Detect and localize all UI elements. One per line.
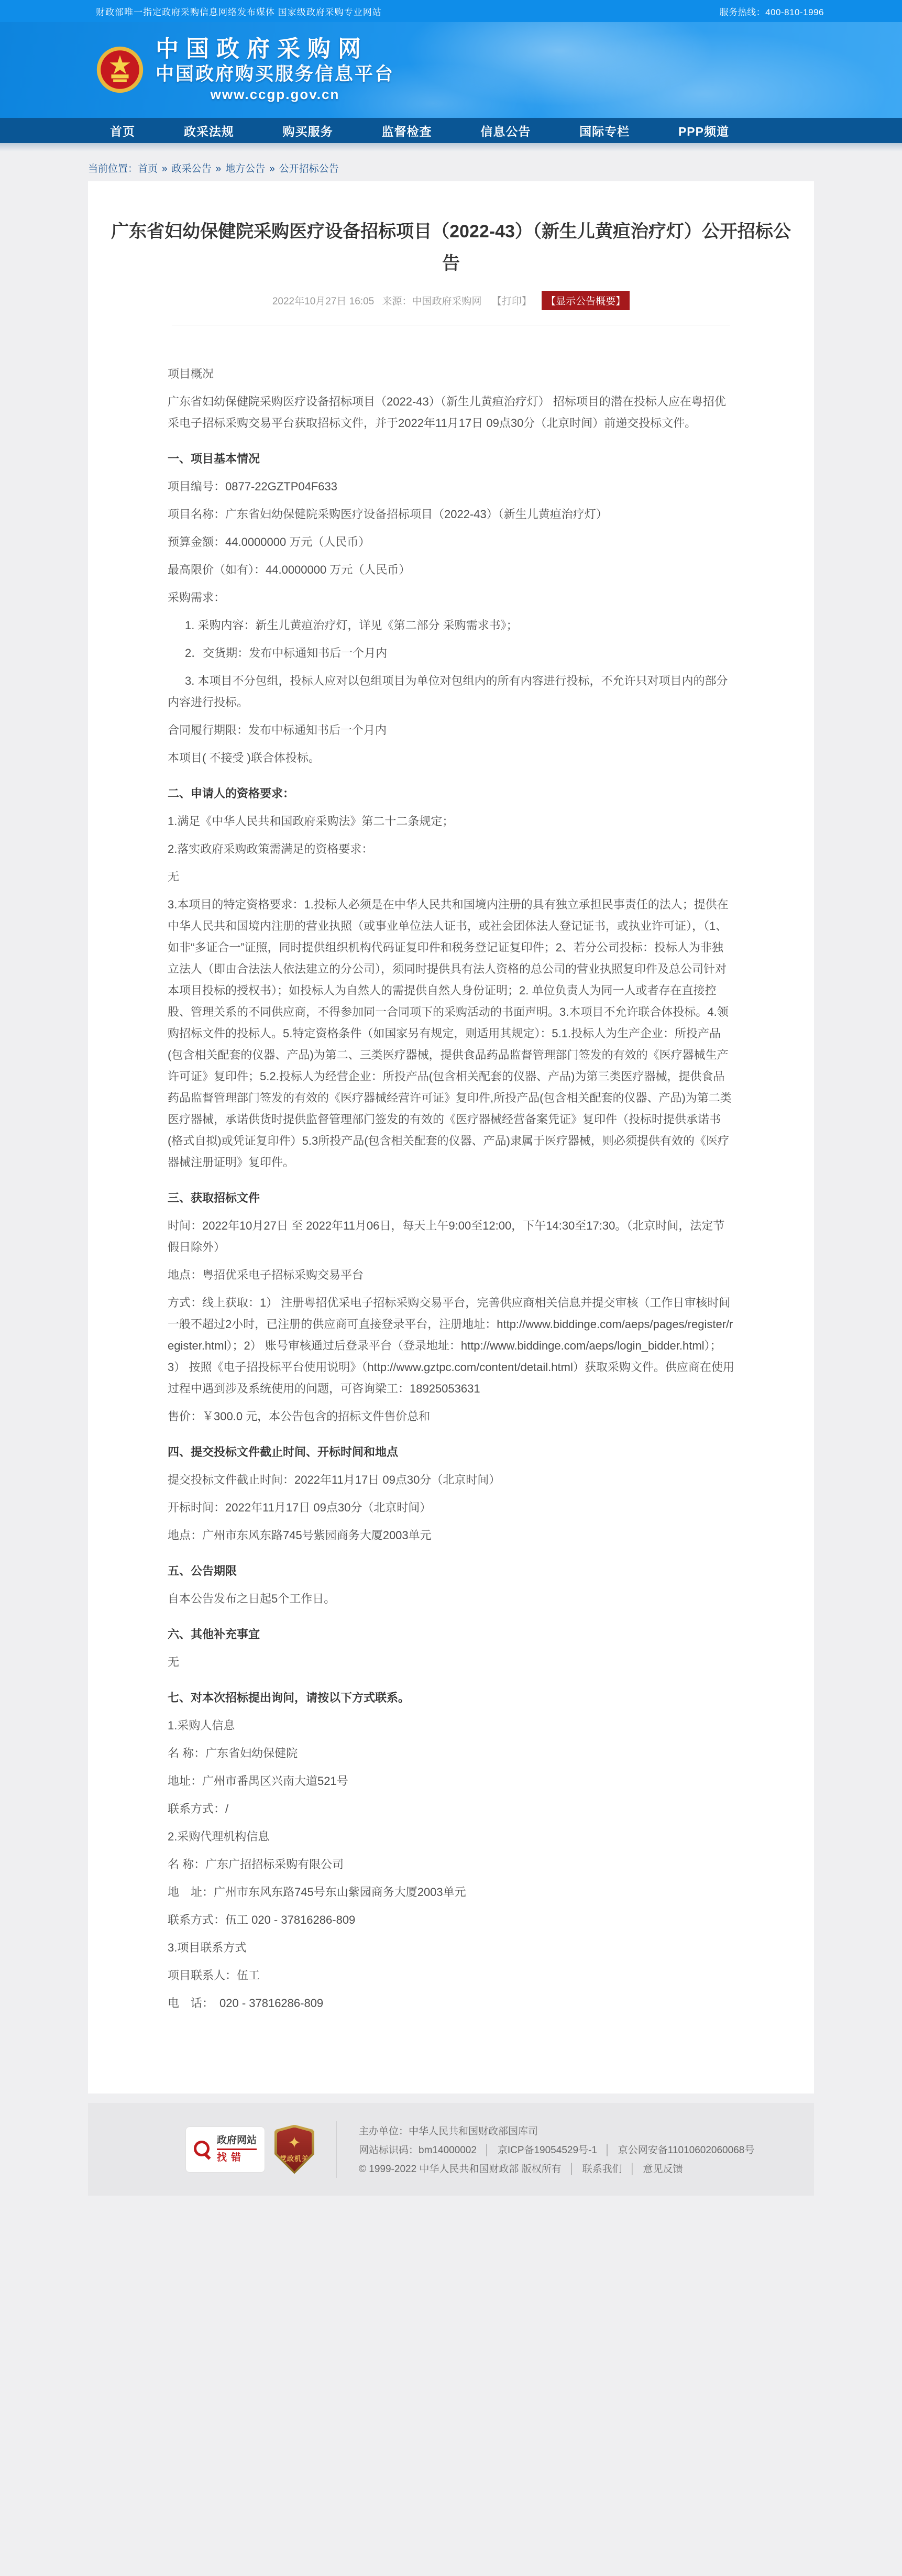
footer-text-item: © 1999-2022 中华人民共和国财政部 版权所有 (359, 2164, 562, 2175)
article-paragraph: 联系方式：/ (168, 1798, 734, 1819)
show-summary-button[interactable]: 【显示公告概要】 (542, 291, 630, 310)
footer-text-item: 网站标识码：bm14000002 (359, 2145, 477, 2156)
article-paragraph: 1. 采购内容：新生儿黄疸治疗灯，详见《第二部分 采购需求书》； (168, 615, 734, 636)
footer-text-item: 京公网安备11010602060068号 (618, 2145, 755, 2156)
article-paragraph: 地 址：广州市东风东路745号东山紫园商务大厦2003单元 (168, 1881, 734, 1903)
section-heading: 二、申请人的资格要求： (168, 783, 734, 804)
article-paragraph: 2.采购代理机构信息 (168, 1826, 734, 1847)
top-utility-bar: 财政部唯一指定政府采购信息网络发布媒体 国家级政府采购专业网站 服务热线：400… (0, 0, 902, 22)
footer-registration-line: 网站标识码：bm14000002│京ICP备19054529号-1│京公网安备1… (359, 2142, 754, 2156)
article-paragraph: 采购需求： (168, 587, 734, 608)
site-banner: 中国政府采购网 中国政府购买服务信息平台 www.ccgp.gov.cn (0, 22, 902, 118)
article-paragraph: 提交投标文件截止时间：2022年11月17日 09点30分（北京时间） (168, 1469, 734, 1490)
breadcrumb-item-2[interactable]: 地方公告 (225, 163, 265, 174)
party-gov-shield-badge[interactable]: ✦ 党政机关 (274, 2125, 314, 2174)
footer-copyright-line: © 1999-2022 中华人民共和国财政部 版权所有│联系我们│意见反馈 (359, 2161, 754, 2175)
article-paragraph: 2.落实政府采购政策需满足的资格要求： (168, 838, 734, 860)
announcement-card: 广东省妇幼保健院采购医疗设备招标项目（2022-43）（新生儿黄疸治疗灯）公开招… (88, 181, 814, 2093)
breadcrumb-item-3[interactable]: 公开招标公告 (279, 163, 339, 174)
publish-datetime: 2022年10月27日 16:05 (272, 296, 374, 307)
section-heading: 五、公告期限 (168, 1560, 734, 1582)
page-footer: 政府网站 找错 ✦ 党政机关 主办单位：中华人民共和国财政部国库司 网站标识码：… (88, 2103, 814, 2196)
article-paragraph: 名 称：广东省妇幼保健院 (168, 1742, 734, 1764)
article-paragraph: 名 称：广东广招招标采购有限公司 (168, 1854, 734, 1875)
footer-separator: │ (604, 2145, 611, 2156)
magnifier-icon (194, 2141, 212, 2158)
article-paragraph: 广东省妇幼保健院采购医疗设备招标项目（2022-43）（新生儿黄疸治疗灯） 招标… (168, 391, 734, 434)
article-paragraph: 联系方式：伍工 020 - 37816286-809 (168, 1909, 734, 1931)
nav-item-5[interactable]: 国际专栏 (579, 122, 630, 139)
article-paragraph: 1.采购人信息 (168, 1715, 734, 1736)
article-paragraph: 项目联系人：伍工 (168, 1965, 734, 1986)
breadcrumb-separator: » (216, 163, 222, 174)
nav-item-6[interactable]: PPP频道 (678, 122, 729, 139)
footer-separator: │ (484, 2145, 490, 2156)
nav-item-4[interactable]: 信息公告 (480, 122, 531, 139)
nav-item-1[interactable]: 政采法规 (184, 122, 234, 139)
footer-text-item: 京ICP备19054529号-1 (498, 2145, 597, 2156)
breadcrumb-item-0[interactable]: 首页 (138, 163, 158, 174)
article-meta: 2022年10月27日 16:05 来源：中国政府采购网 【打印】 【显示公告概… (104, 291, 798, 310)
shield-badge-label: 党政机关 (280, 2153, 309, 2163)
article-paragraph: 最高限价（如有）：44.0000000 万元（人民币） (168, 559, 734, 580)
article-paragraph: 时间：2022年10月27日 至 2022年11月06日，每天上午9:00至12… (168, 1215, 734, 1258)
article-paragraph: 本项目( 不接受 )联合体投标。 (168, 747, 734, 769)
article-paragraph: 项目名称：广东省妇幼保健院采购医疗设备招标项目（2022-43）（新生儿黄疸治疗… (168, 503, 734, 525)
nav-item-0[interactable]: 首页 (110, 122, 135, 139)
article-paragraph: 1.满足《中华人民共和国政府采购法》第二十二条规定； (168, 810, 734, 832)
breadcrumb-item-1[interactable]: 政采公告 (172, 163, 212, 174)
article-paragraph: 合同履行期限：发布中标通知书后一个月内 (168, 719, 734, 741)
page-title: 广东省妇幼保健院采购医疗设备招标项目（2022-43）（新生儿黄疸治疗灯）公开招… (104, 216, 798, 279)
footer-divider (336, 2121, 337, 2178)
article-paragraph: 开标时间：2022年11月17日 09点30分（北京时间） (168, 1497, 734, 1518)
article-paragraph: 电 话： 020 - 37816286-809 (168, 1992, 734, 2014)
section-heading: 六、其他补充事宜 (168, 1624, 734, 1645)
error-badge-line2: 找错 (217, 2152, 257, 2165)
nav-item-2[interactable]: 购买服务 (283, 122, 333, 139)
footer-separator: │ (630, 2164, 636, 2175)
site-slogan: 财政部唯一指定政府采购信息网络发布媒体 国家级政府采购专业网站 (96, 5, 382, 18)
section-heading: 七、对本次招标提出询问，请按以下方式联系。 (168, 1687, 734, 1708)
article-paragraph: 地点：广州市东风东路745号紫园商务大厦2003单元 (168, 1525, 734, 1546)
section-heading: 一、项目基本情况 (168, 448, 734, 469)
national-emblem-icon (96, 42, 144, 97)
section-heading: 四、提交投标文件截止时间、开标时间和地点 (168, 1441, 734, 1463)
site-error-report-badge[interactable]: 政府网站 找错 (185, 2126, 265, 2173)
service-hotline: 服务热线：400-810-1996 (720, 5, 824, 18)
article-paragraph: 地点：粤招优采电子招标采购交易平台 (168, 1264, 734, 1286)
article-paragraph: 3.项目联系方式 (168, 1937, 734, 1958)
torch-icon: ✦ (288, 2135, 301, 2151)
article-paragraph: 3. 本项目不分包组，投标人应对以包组项目为单位对包组内的所有内容进行投标，不允… (168, 670, 734, 713)
main-nav: 首页政采法规购买服务监督检查信息公告国际专栏PPP频道 (0, 118, 902, 143)
footer-gap (0, 2093, 902, 2103)
logo-url: www.ccgp.gov.cn (156, 86, 394, 104)
article-paragraph: 无 (168, 1651, 734, 1673)
article-paragraph: 地址：广州市番禺区兴南大道521号 (168, 1770, 734, 1792)
article-body: 项目概况广东省妇幼保健院采购医疗设备招标项目（2022-43）（新生儿黄疸治疗灯… (104, 325, 798, 2014)
article-paragraph: 3.本项目的特定资格要求：1.投标人必须是在中华人民共和国境内注册的具有独立承担… (168, 894, 734, 1173)
article-paragraph: 售价：￥300.0 元，本公告包含的招标文件售价总和 (168, 1406, 734, 1427)
breadcrumb-separator: » (162, 163, 168, 174)
breadcrumb-label: 当前位置： (88, 163, 138, 174)
footer-link[interactable]: 联系我们 (582, 2164, 622, 2175)
article-paragraph: 2．交货期：发布中标通知书后一个月内 (168, 642, 734, 664)
article-paragraph: 方式：线上获取：1） 注册粤招优采电子招标采购交易平台，完善供应商相关信息并提交… (168, 1292, 734, 1399)
breadcrumb: 当前位置：首页»政采公告»地方公告»公开招标公告 (88, 161, 814, 175)
article-paragraph: 项目编号：0877-22GZTP04F633 (168, 476, 734, 497)
nav-item-3[interactable]: 监督检查 (381, 122, 432, 139)
nav-shadow (0, 143, 902, 151)
breadcrumb-separator: » (269, 163, 275, 174)
error-badge-line1: 政府网站 (217, 2134, 257, 2150)
logo-title: 中国政府采购网 (156, 36, 394, 63)
section-heading: 三、获取招标文件 (168, 1187, 734, 1209)
footer-link[interactable]: 意见反馈 (643, 2164, 683, 2175)
article-source: 来源：中国政府采购网 (382, 296, 482, 307)
print-button[interactable]: 【打印】 (492, 296, 532, 307)
article-paragraph: 项目概况 (168, 363, 734, 385)
article-paragraph: 自本公告发布之日起5个工作日。 (168, 1588, 734, 1609)
article-paragraph: 预算金额：44.0000000 万元（人民币） (168, 531, 734, 553)
footer-organizer: 主办单位：中华人民共和国财政部国库司 (359, 2123, 754, 2137)
site-logo[interactable]: 中国政府采购网 中国政府购买服务信息平台 www.ccgp.gov.cn (96, 36, 394, 103)
logo-subtitle: 中国政府购买服务信息平台 (156, 63, 394, 86)
footer-separator: │ (569, 2164, 575, 2175)
article-paragraph: 无 (168, 866, 734, 887)
